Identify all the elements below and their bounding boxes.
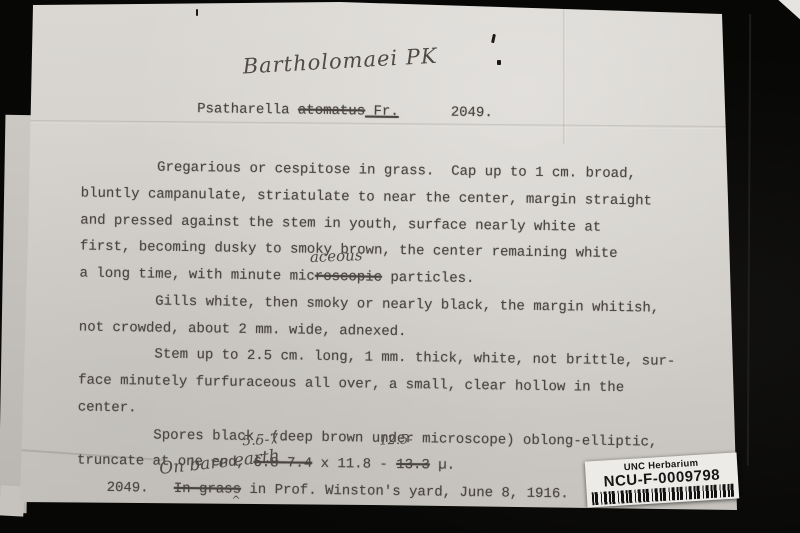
typed-segment: µ. bbox=[430, 458, 455, 474]
typed-segment: particles. bbox=[382, 270, 475, 287]
description-text: Gregarious or cespitose in grass. Cap up… bbox=[76, 154, 701, 510]
specimen-note-paper: Bartholomaei PK Psatharella atomatus Fr.… bbox=[16, 2, 740, 514]
struck-text: 13.3 bbox=[396, 457, 430, 473]
typed-segment: in Prof. Winston's yard, June 8, 1916. bbox=[241, 482, 569, 503]
authority-text: Fr. bbox=[365, 103, 399, 119]
paper-edge-line bbox=[747, 14, 751, 466]
species-header-line: Psatharella atomatus Fr.2049. bbox=[130, 84, 494, 137]
struck-text: roscopic bbox=[315, 269, 382, 286]
genus-text: Psatharella bbox=[197, 101, 298, 118]
photo-background: Bartholomaei PK Psatharella atomatus Fr.… bbox=[0, 0, 800, 533]
note-content: Bartholomaei PK Psatharella atomatus Fr.… bbox=[10, 1, 741, 523]
typed-segment: a long time, with minute mic bbox=[79, 266, 314, 285]
typed-segment: 2049. bbox=[106, 480, 173, 497]
herbarium-barcode-label: UNC Herbarium NCU-F-0009798 bbox=[585, 452, 740, 507]
collection-number: 2049. bbox=[451, 105, 493, 122]
handwritten-species-title: Bartholomaei PK bbox=[242, 44, 438, 79]
insertion-caret: ^ bbox=[231, 494, 240, 507]
typed-segment: x 11.8 - bbox=[312, 456, 396, 473]
struck-species-text: atomatus bbox=[298, 103, 365, 120]
handwritten-correction-aceous: aceous bbox=[310, 246, 363, 266]
corner-paper-scrap bbox=[770, 0, 800, 22]
handwritten-spore-length-correction: 12.5- bbox=[379, 432, 413, 448]
